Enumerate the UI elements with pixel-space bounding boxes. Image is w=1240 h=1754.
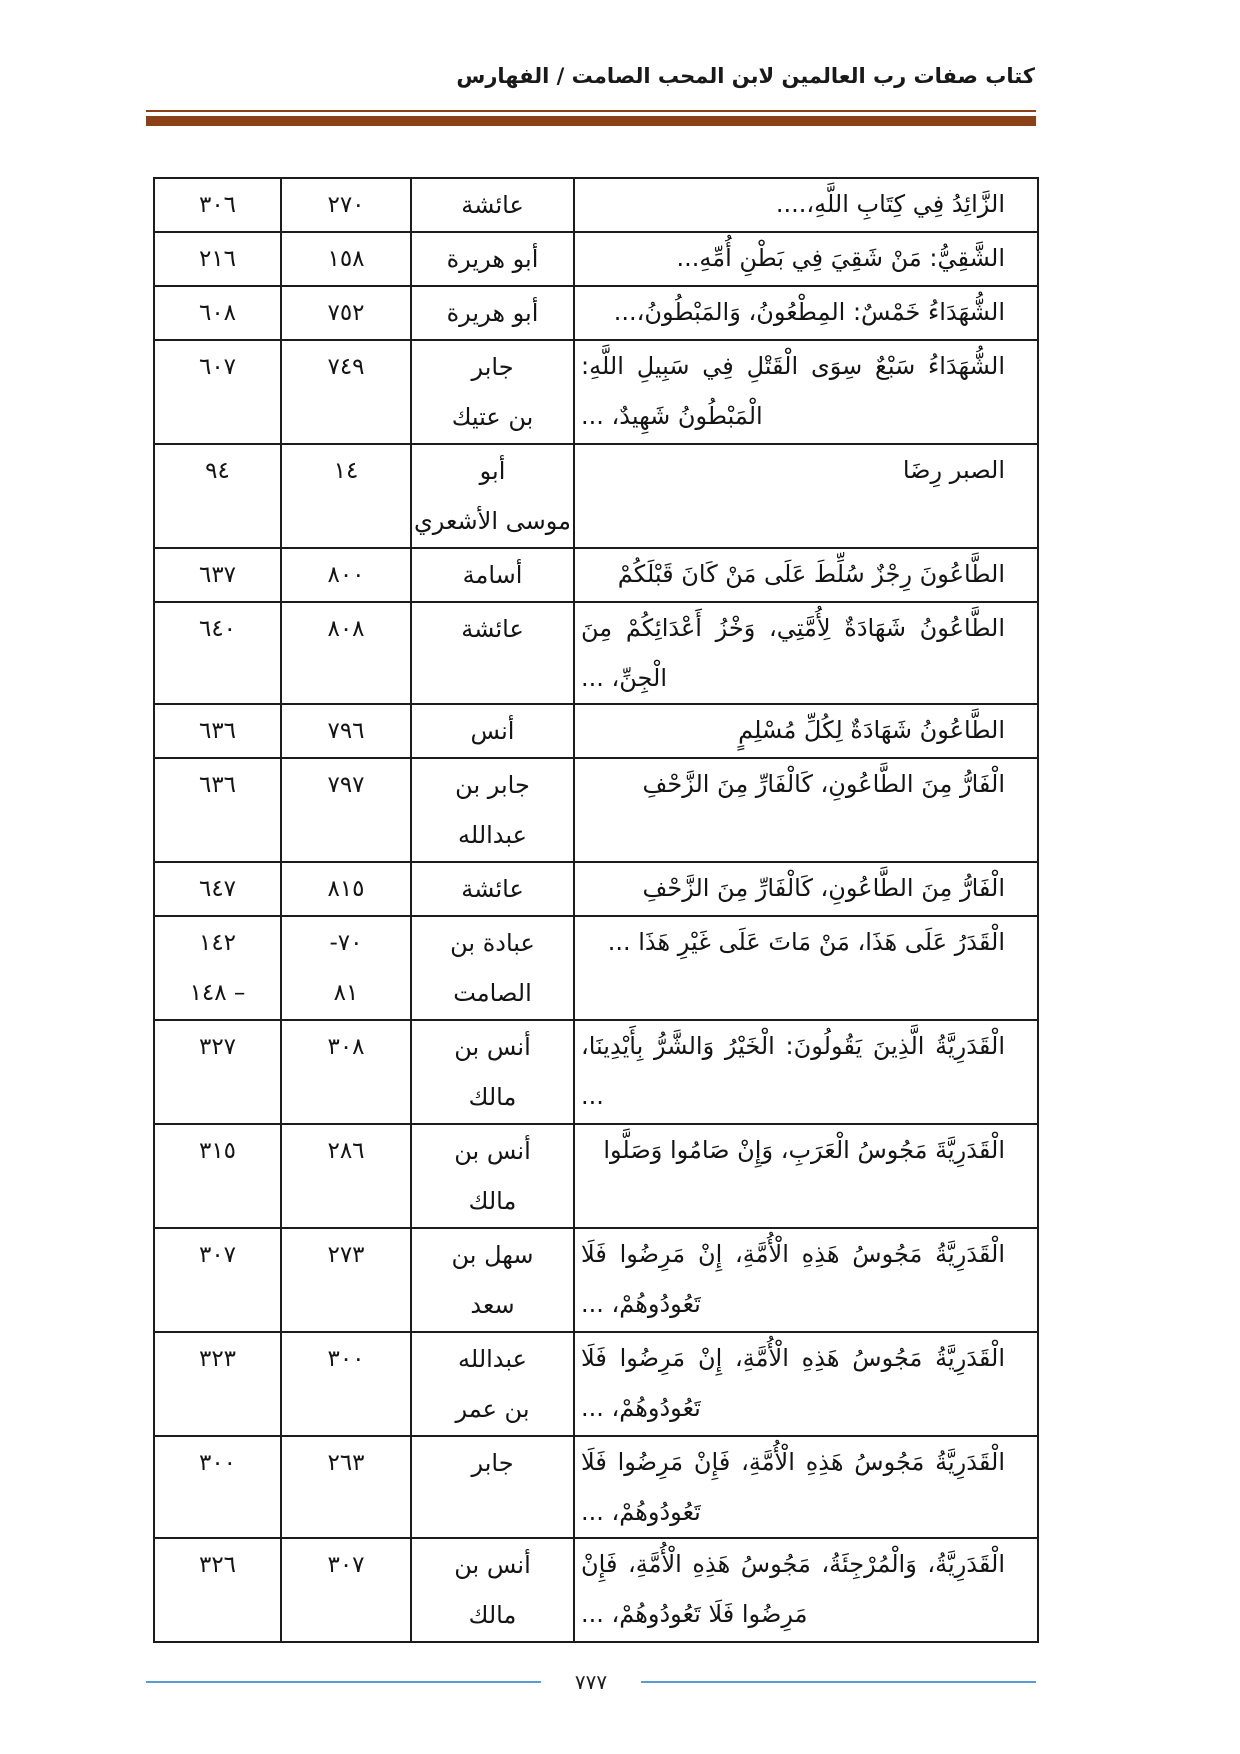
hadith-text-cell: الْقَدَرِيَّةَ مَجُوسُ الْعَرَبِ، وَإِنْ… [574,1124,1038,1228]
hadith-text-cell: الشُّهَدَاءُ سَبْعٌ سِوَى الْقَتْلِ فِي … [574,340,1038,444]
page-number-cell: ٦٣٦ [154,758,281,862]
page-number-cell: ٦٤٠ [154,602,281,704]
hadith-text-line: مَرِضُوا فَلَا تَعُودُوهُمْ، ... [581,1589,1005,1639]
hadith-text-cell: الطَّاعُونُ شَهَادَةٌ لِكُلِّ مُسْلِمٍ [574,704,1038,758]
narrator-cell: أنس بن مالك [411,1538,574,1642]
page-number: ٧٧٧ [575,1664,607,1700]
table-row: ٦٤٧ ٨١٥ عائشة الْفَارُّ مِنَ الطَّاعُونِ… [154,862,1038,916]
hadith-text-cell: الشَّقِيُّ: مَنْ شَقِيَ فِي بَطْنِ أُمِّ… [574,232,1038,286]
page-number-cell: ١٤٢ – ١٤٨ [154,916,281,1020]
hadith-number-cell: ٨١٥ [281,862,411,916]
header-rule-thin [146,110,1036,112]
hadith-text-line: تَعُودُوهُمْ، ... [581,1487,1005,1537]
table-row: ٣٢٦ ٣٠٧ أنس بن مالك الْقَدَرِيَّةُ، وَال… [154,1538,1038,1642]
table-row: ٣٠٦ ٢٧٠ عائشة الزَّائِدُ فِي كِتَابِ الل… [154,178,1038,232]
hadith-number-cell: ١٥٨ [281,232,411,286]
narrator-cell: سهل بن سعد [411,1228,574,1332]
table-row: ٣٢٣ ٣٠٠ عبدالله بن عمر الْقَدَرِيَّةُ مَ… [154,1332,1038,1436]
hadith-text-line: الشُّهَدَاءُ خَمْسٌ: المِطْعُونُ، وَالمَ… [581,287,1005,337]
hadith-number-cell: ٧٩٦ [281,704,411,758]
hadith-text-cell: الصبر رِضَا [574,444,1038,548]
table-row: ٦٣٧ ٨٠٠ أسامة الطَّاعُونَ رِجْزٌ سُلِّطَ… [154,548,1038,602]
hadith-text-line: الْمَبْطُونُ شَهِيدٌ، ... [581,391,1005,441]
narrator-cell: جابر [411,1436,574,1538]
narrator-cell: أنس [411,704,574,758]
page-number-cell: ٣٠٦ [154,178,281,232]
hadith-text-line: الْفَارُّ مِنَ الطَّاعُونِ، كَالْفَارِّ … [581,759,1005,809]
hadith-text-cell: الْقَدَرِيَّةُ، وَالْمُرْجِئَةُ، مَجُوسُ… [574,1538,1038,1642]
hadith-text-line: ... [581,1071,1005,1121]
table-row: ٣٠٠ ٢٦٣ جابر الْقَدَرِيَّةُ مَجُوسُ هَذِ… [154,1436,1038,1538]
hadith-text-line: الصبر رِضَا [581,445,1005,495]
hadith-number-cell: ٧٥٢ [281,286,411,340]
hadith-text-line: الْقَدَرِيَّةُ مَجُوسُ هَذِهِ الْأُمَّةِ… [581,1229,1005,1279]
hadith-text-line: الْفَارُّ مِنَ الطَّاعُونِ، كَالْفَارِّ … [581,863,1005,913]
table-row: ٢١٦ ١٥٨ أبو هريرة الشَّقِيُّ: مَنْ شَقِي… [154,232,1038,286]
page-number-cell: ٦٤٧ [154,862,281,916]
hadith-text-line: الْقَدَرُ عَلَى هَذَا، مَنْ مَاتَ عَلَى … [581,917,1005,967]
hadith-number-cell: ٧٠- ٨١ [281,916,411,1020]
hadith-number-cell: ٣٠٠ [281,1332,411,1436]
page-number-cell: ٦٠٧ [154,340,281,444]
narrator-cell: أنس بن مالك [411,1124,574,1228]
hadith-number-cell: ٢٧٣ [281,1228,411,1332]
hadith-text-line: الْقَدَرِيَّةَ مَجُوسُ الْعَرَبِ، وَإِنْ… [581,1125,1005,1175]
page-number-cell: ٣٠٧ [154,1228,281,1332]
page-number-cell: ٢١٦ [154,232,281,286]
hadith-number-cell: ١٤ [281,444,411,548]
page-title: كتاب صفات رب العالمين لابن المحب الصامت … [456,64,1035,88]
narrator-cell: أسامة [411,548,574,602]
hadith-text-cell: الشُّهَدَاءُ خَمْسٌ: المِطْعُونُ، وَالمَ… [574,286,1038,340]
hadith-number-cell: ٧٤٩ [281,340,411,444]
hadith-text-cell: الطَّاعُونُ شَهَادَةٌ لِأُمَّتِي، وَخْزُ… [574,602,1038,704]
narrator-cell: عائشة [411,862,574,916]
hadith-text-cell: الْقَدَرُ عَلَى هَذَا، مَنْ مَاتَ عَلَى … [574,916,1038,1020]
hadith-number-cell: ٣٠٨ [281,1020,411,1124]
hadith-number-cell: ٢٨٦ [281,1124,411,1228]
narrator-cell: أنس بن مالك [411,1020,574,1124]
page-number-cell: ٦٣٦ [154,704,281,758]
narrator-cell: عائشة [411,602,574,704]
page-number-cell: ٣١٥ [154,1124,281,1228]
hadith-text-cell: الزَّائِدُ فِي كِتَابِ اللَّهِ،.... [574,178,1038,232]
table-row: ٦٣٦ ٧٩٧ جابر بن عبدالله الْفَارُّ مِنَ ا… [154,758,1038,862]
hadith-number-cell: ٨٠٠ [281,548,411,602]
hadith-text-cell: الطَّاعُونَ رِجْزٌ سُلِّطَ عَلَى مَنْ كَ… [574,548,1038,602]
hadith-text-line: تَعُودُوهُمْ، ... [581,1383,1005,1433]
narrator-cell: أبو هريرة [411,232,574,286]
header-rule-thick [146,116,1036,126]
hadith-text-cell: الْقَدَرِيَّةُ مَجُوسُ هَذِهِ الْأُمَّةِ… [574,1332,1038,1436]
narrator-cell: جابر بن عتيك [411,340,574,444]
book-index-page: { "header": { "title": "كتاب صفات رب الع… [0,0,1240,1754]
hadith-number-cell: ٧٩٧ [281,758,411,862]
footer-rule-right [641,1681,1036,1683]
table-row: ٦٠٧ ٧٤٩ جابر بن عتيك الشُّهَدَاءُ سَبْعٌ… [154,340,1038,444]
table-row: ٣٢٧ ٣٠٨ أنس بن مالك الْقَدَرِيَّةُ الَّذ… [154,1020,1038,1124]
table-row: ٣١٥ ٢٨٦ أنس بن مالك الْقَدَرِيَّةَ مَجُو… [154,1124,1038,1228]
narrator-cell: أبو موسى الأشعري [411,444,574,548]
page-number-cell: ٦٠٨ [154,286,281,340]
hadith-number-cell: ٣٠٧ [281,1538,411,1642]
table-row: ٩٤ ١٤ أبو موسى الأشعري الصبر رِضَا [154,444,1038,548]
hadith-text-cell: الْفَارُّ مِنَ الطَّاعُونِ، كَالْفَارِّ … [574,862,1038,916]
page-number-cell: ٣٢٦ [154,1538,281,1642]
narrator-cell: أبو هريرة [411,286,574,340]
footer: ٧٧٧ [146,1664,1036,1700]
page-number-cell: ٦٣٧ [154,548,281,602]
hadith-text-cell: الْقَدَرِيَّةُ مَجُوسُ هَذِهِ الْأُمَّةِ… [574,1436,1038,1538]
hadith-text-line: الطَّاعُونَ رِجْزٌ سُلِّطَ عَلَى مَنْ كَ… [581,549,1005,599]
hadith-text-cell: الْقَدَرِيَّةُ الَّذِينَ يَقُولُونَ: الْ… [574,1020,1038,1124]
page-number-cell: ٣٢٧ [154,1020,281,1124]
hadith-text-cell: الْفَارُّ مِنَ الطَّاعُونِ، كَالْفَارِّ … [574,758,1038,862]
hadith-number-cell: ٨٠٨ [281,602,411,704]
hadith-text-line: الشَّقِيُّ: مَنْ شَقِيَ فِي بَطْنِ أُمِّ… [581,233,1005,283]
page-number-cell: ٣٠٠ [154,1436,281,1538]
narrator-cell: عبدالله بن عمر [411,1332,574,1436]
table-row: ٣٠٧ ٢٧٣ سهل بن سعد الْقَدَرِيَّةُ مَجُوس… [154,1228,1038,1332]
hadith-text-line: الْقَدَرِيَّةُ مَجُوسُ هَذِهِ الْأُمَّةِ… [581,1333,1005,1383]
table-row: ٦٤٠ ٨٠٨ عائشة الطَّاعُونُ شَهَادَةٌ لِأُ… [154,602,1038,704]
hadith-text-line: الْقَدَرِيَّةُ مَجُوسُ هَذِهِ الْأُمَّةِ… [581,1437,1005,1487]
hadith-text-line: الطَّاعُونُ شَهَادَةٌ لِكُلِّ مُسْلِمٍ [581,705,1005,755]
hadith-text-line: الْجِنِّ، ... [581,653,1005,703]
page-number-cell: ٩٤ [154,444,281,548]
hadith-text-line: تَعُودُوهُمْ، ... [581,1279,1005,1329]
table-row: ٦٣٦ ٧٩٦ أنس الطَّاعُونُ شَهَادَةٌ لِكُلِ… [154,704,1038,758]
hadith-text-line: الْقَدَرِيَّةُ الَّذِينَ يَقُولُونَ: الْ… [581,1021,1005,1071]
hadith-text-line: الشُّهَدَاءُ سَبْعٌ سِوَى الْقَتْلِ فِي … [581,341,1005,391]
hadith-number-cell: ٢٧٠ [281,178,411,232]
hadith-number-cell: ٢٦٣ [281,1436,411,1538]
page-number-cell: ٣٢٣ [154,1332,281,1436]
hadith-text-line: الْقَدَرِيَّةُ، وَالْمُرْجِئَةُ، مَجُوسُ… [581,1539,1005,1589]
narrator-cell: عبادة بن الصامت [411,916,574,1020]
hadith-text-cell: الْقَدَرِيَّةُ مَجُوسُ هَذِهِ الْأُمَّةِ… [574,1228,1038,1332]
narrator-cell: جابر بن عبدالله [411,758,574,862]
hadith-text-line: الزَّائِدُ فِي كِتَابِ اللَّهِ،.... [581,179,1005,229]
footer-rule-left [146,1681,541,1683]
narrator-cell: عائشة [411,178,574,232]
table-row: ٦٠٨ ٧٥٢ أبو هريرة الشُّهَدَاءُ خَمْسٌ: ا… [154,286,1038,340]
table-row: ١٤٢ – ١٤٨ ٧٠- ٨١ عبادة بن الصامت الْقَدَ… [154,916,1038,1020]
hadith-text-line: الطَّاعُونُ شَهَادَةٌ لِأُمَّتِي، وَخْزُ… [581,603,1005,653]
hadith-index-table: ٣٠٦ ٢٧٠ عائشة الزَّائِدُ فِي كِتَابِ الل… [153,177,1039,1643]
